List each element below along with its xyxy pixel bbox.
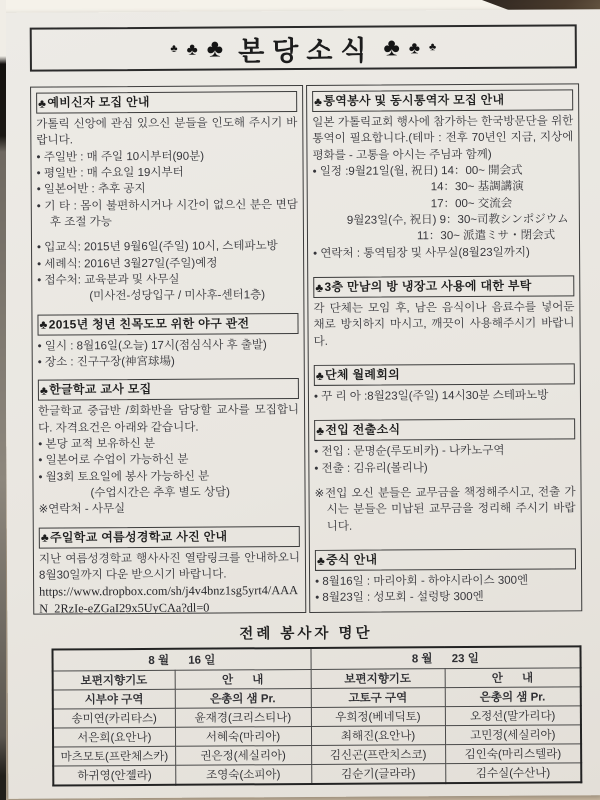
body-text: 일본 가톨릭교회 행사에 참가하는 한국방문단을 위한 통역이 필요합니다.(테… (312, 113, 573, 164)
roster-title: 전례 봉사자 명단 (7, 620, 600, 645)
bullet-line: • 세례식: 2016년 3월27일(주일)예정 (37, 255, 298, 273)
section-header-label: 통역봉사 및 동시통역자 모집 안내 (323, 92, 504, 110)
column-header: 안 내 (175, 669, 311, 689)
liturgy-volunteer-table: 8 월 16 일 8 월 23 일 보편지향기도 안 내 보편지향기도 안 내 … (51, 645, 582, 786)
club-icon: ♣ (39, 319, 47, 331)
column-header: 보편지향기도 (311, 669, 445, 689)
dropbox-link-text: https://www.dropbox.com/sh/j4v4bnz1sg5yr… (39, 582, 300, 614)
club-icon: ♣ (317, 554, 325, 566)
section-header: ♣ 3층 만남의 방 냉장고 사용에 대한 부탁 (313, 275, 574, 298)
bullet-line: • 전입 : 문명순(루도비카) - 나카노구역 (314, 443, 575, 461)
newsletter-page: ♣ ♣ ♣ 본당소식 ♣ ♣ ♣ ♣ 예비신자 모집 안내 가톨릭 신앙에 관심… (4, 9, 600, 799)
section-header: ♣ 예비신자 모집 안내 (36, 91, 297, 114)
page-title: 본당소식 (232, 28, 375, 68)
right-column: ♣ 통역봉사 및 동시통역자 모집 안내 일본 가톨릭교회 행사에 참가하는 한… (306, 83, 582, 613)
section-lunch-info: ♣ 중식 안내 • 8월16일 : 마리아회 - 하야시라이스 300엔 • 8… (315, 548, 576, 606)
bullet-line: • 월3회 토요일에 봉사 가능하신 분 (38, 468, 299, 486)
newsletter-title-box: ♣ ♣ ♣ 본당소식 ♣ ♣ ♣ (30, 24, 577, 71)
bullet-line: • 8월23일 : 성모회 - 설렁탕 300엔 (315, 589, 576, 607)
volunteer-name: 오정선(말가리다) (445, 706, 581, 726)
section-baseball-outing: ♣ 2015년 청년 친목도모 위한 야구 관전 • 일시 : 8월16일(오늘… (37, 313, 298, 371)
club-icon: ♣ (316, 425, 324, 437)
section-header-label: 예비신자 모집 안내 (47, 94, 150, 112)
schedule-line: 9월23일(수, 祝日) 9：30~司教シンポジウム (313, 211, 574, 229)
bullet-line: • 꾸 리 아 :8월23일(주일) 14시30분 스테파노방 (314, 387, 575, 405)
club-icon: ♣ (187, 40, 198, 57)
group-cell: 시부야 구역 (53, 689, 175, 709)
column-header: 안 내 (445, 668, 581, 688)
indent-line: (미사전-성당입구 / 미사후-센터1층) (37, 287, 298, 305)
volunteer-name: 우희정(베네딕토) (311, 707, 445, 727)
bullet-line: • 8월16일 : 마리아회 - 하야시라이스 300엔 (315, 572, 576, 590)
volunteer-name: 하귀영(안젤라) (53, 765, 175, 785)
body-text: 한글학교 중급반 /회화반을 담당할 교사를 모집합니다. 자격요건은 아래와 … (38, 402, 299, 436)
section-hangul-school-teachers: ♣ 한글학교 교사 모집 한글학교 중급반 /회화반을 담당할 교사를 모집합니… (38, 378, 300, 518)
section-header: ♣ 단체 월례회의 (314, 363, 575, 386)
club-icon: ♣ (314, 95, 322, 107)
section-header-label: 단체 월례회의 (325, 366, 400, 383)
volunteer-name: 김순기(글라라) (311, 764, 445, 784)
schedule-line: 14：30~ 基調講演 (313, 179, 574, 197)
body-text: 지난 여름성경학교 행사사진 열람링크를 안내하오니 8월30일까지 다운 받으… (39, 550, 300, 584)
contact-note: ※연락처 - 사무실 (39, 500, 300, 518)
volunteer-name: 윤재경(크리스티나) (175, 707, 311, 727)
section-header-label: 한글학교 교사 모집 (49, 381, 152, 399)
date-cell: 8 월 16 일 (52, 648, 310, 671)
club-icon: ♣ (40, 384, 48, 396)
section-header-label: 주일학교 여름성경학교 사진 안내 (50, 528, 228, 546)
club-icon: ♣ (207, 36, 224, 61)
table-row: 하귀영(안젤라) 조영숙(소피아) 김순기(글라라) 김수실(수산나) (53, 763, 581, 786)
bullet-line: • 전출 : 김유리(볼리나) (314, 459, 575, 477)
bullet-line: • 평일반 : 매 수요일 19시부터 (37, 164, 298, 182)
photo-left-edge (0, 0, 6, 800)
section-header: ♣ 주일학교 여름성경학교 사진 안내 (39, 526, 300, 549)
club-icon: ♣ (316, 369, 324, 381)
indent-line: (수업시간은 추후 별도 상담) (38, 484, 299, 502)
bullet-line: • 일본어로 수업이 가능하신 분 (38, 451, 299, 469)
section-header-label: 2015년 청년 친목도모 위한 야구 관전 (49, 315, 250, 333)
volunteer-name: 마츠모토(프란체스카) (53, 746, 175, 766)
bullet-line: • 입교식: 2015년 9월6일(주일) 10시, 스테파노방 (37, 238, 298, 256)
body-text: 가톨릭 신앙에 관심 있으신 분들을 인도해 주시기 바랍니다. (36, 115, 297, 149)
club-icon: ♣ (38, 97, 46, 109)
section-catechumen-recruitment: ♣ 예비신자 모집 안내 가톨릭 신앙에 관심 있으신 분들을 인도해 주시기 … (36, 91, 298, 305)
section-transfer-news: ♣ 전입 전출소식 • 전입 : 문명순(루도비카) - 나카노구역 • 전출 … (314, 419, 576, 535)
volunteer-name: 서혜숙(마리아) (175, 726, 311, 746)
bullet-line: • 일본어반 : 추후 공지 (37, 180, 298, 198)
date-cell: 8 월 23 일 (310, 646, 580, 669)
section-bible-school-photos: ♣ 주일학교 여름성경학교 사진 안내 지난 여름성경학교 행사사진 열람링크를… (39, 526, 301, 615)
section-header-label: 3층 만남의 방 냉장고 사용에 대한 부탁 (324, 278, 531, 296)
section-header: ♣ 통역봉사 및 동시통역자 모집 안내 (312, 89, 573, 112)
club-icon: ♣ (383, 35, 400, 60)
bullet-line: • 접수처: 교육분과 및 사무실 (37, 271, 298, 289)
content-columns: ♣ 예비신자 모집 안내 가톨릭 신앙에 관심 있으신 분들을 인도해 주시기 … (30, 83, 582, 614)
section-header: ♣ 중식 안내 (315, 548, 576, 571)
volunteer-name: 송미연(카리타스) (53, 708, 175, 728)
photo-of-newsletter: { "club": "♣", "title": "본당소식", "left": … (0, 0, 600, 800)
schedule-line: 17：00~ 交流会 (313, 195, 574, 213)
section-fridge-notice: ♣ 3층 만남의 방 냉장고 사용에 대한 부탁 각 단체는 모임 후, 남은 … (313, 275, 574, 350)
volunteer-name: 김신곤(프란치스코) (311, 745, 445, 765)
section-interpreter-recruitment: ♣ 통역봉사 및 동시통역자 모집 안내 일본 가톨릭교회 행사에 참가하는 한… (312, 89, 574, 262)
section-header-label: 전입 전출소식 (325, 422, 400, 439)
bullet-line: • 본당 교적 보유하신 분 (38, 435, 299, 453)
left-column: ♣ 예비신자 모집 안내 가톨릭 신앙에 관심 있으신 분들을 인도해 주시기 … (30, 85, 306, 615)
bullet-line: • 주일반 : 매 주일 10시부터(90분) (36, 148, 297, 166)
club-icon: ♣ (41, 532, 49, 544)
club-icon: ♣ (409, 39, 420, 56)
section-monthly-meeting: ♣ 단체 월례회의 • 꾸 리 아 :8월23일(주일) 14시30분 스테파노… (314, 363, 575, 405)
bullet-line: • 장소 : 진구구장(神宮球場) (38, 353, 299, 371)
section-header: ♣ 2015년 청년 친목도모 위한 야구 관전 (37, 313, 298, 336)
volunteer-name: 최해진(요안나) (311, 726, 445, 746)
volunteer-name: 김수실(수산나) (445, 763, 581, 783)
bullet-line: • 일정 :9월21일(월, 祝日) 14：00~ 開会式 (313, 162, 574, 180)
column-header: 보편지향기도 (53, 670, 175, 690)
club-icon: ♣ (170, 43, 177, 54)
volunteer-name: 고민정(세실리아) (445, 725, 581, 745)
group-cell: 은총의 샘 Pr. (445, 687, 581, 707)
section-header: ♣ 한글학교 교사 모집 (38, 378, 299, 401)
body-text: 각 단체는 모임 후, 남은 음식이나 음료수를 넣어둔 채로 방치하지 마시고… (313, 299, 574, 350)
note-text: ※전입 오신 분들은 교무금을 책정해주시고, 전출 가시는 분들은 미납된 교… (315, 484, 576, 535)
club-icon: ♣ (429, 42, 436, 53)
volunteer-name: 조영숙(소피아) (175, 764, 311, 784)
group-cell: 고토구 구역 (311, 688, 445, 708)
volunteer-name: 권은정(세실리아) (175, 745, 311, 765)
bullet-line: • 연락처 : 통역팀장 및 사무실(8월23일까지) (313, 244, 574, 262)
bullet-line: • 일시 : 8월16일(오늘) 17시(점심식사 후 출발) (38, 337, 299, 355)
schedule-line: 11：30~ 派遣ミサ・閉会式 (313, 228, 574, 246)
volunteer-name: 김인숙(마리스텔라) (445, 744, 581, 764)
club-icon: ♣ (315, 281, 323, 293)
volunteer-name: 서은희(요안나) (53, 727, 175, 747)
section-header: ♣ 전입 전출소식 (314, 419, 575, 442)
bullet-line: • 기 타 : 몸이 불편하시거나 시간이 없으신 분은 면담 후 조절 가능 (37, 197, 298, 231)
section-header-label: 중식 안내 (326, 552, 377, 569)
group-cell: 은총의 샘 Pr. (175, 688, 311, 708)
